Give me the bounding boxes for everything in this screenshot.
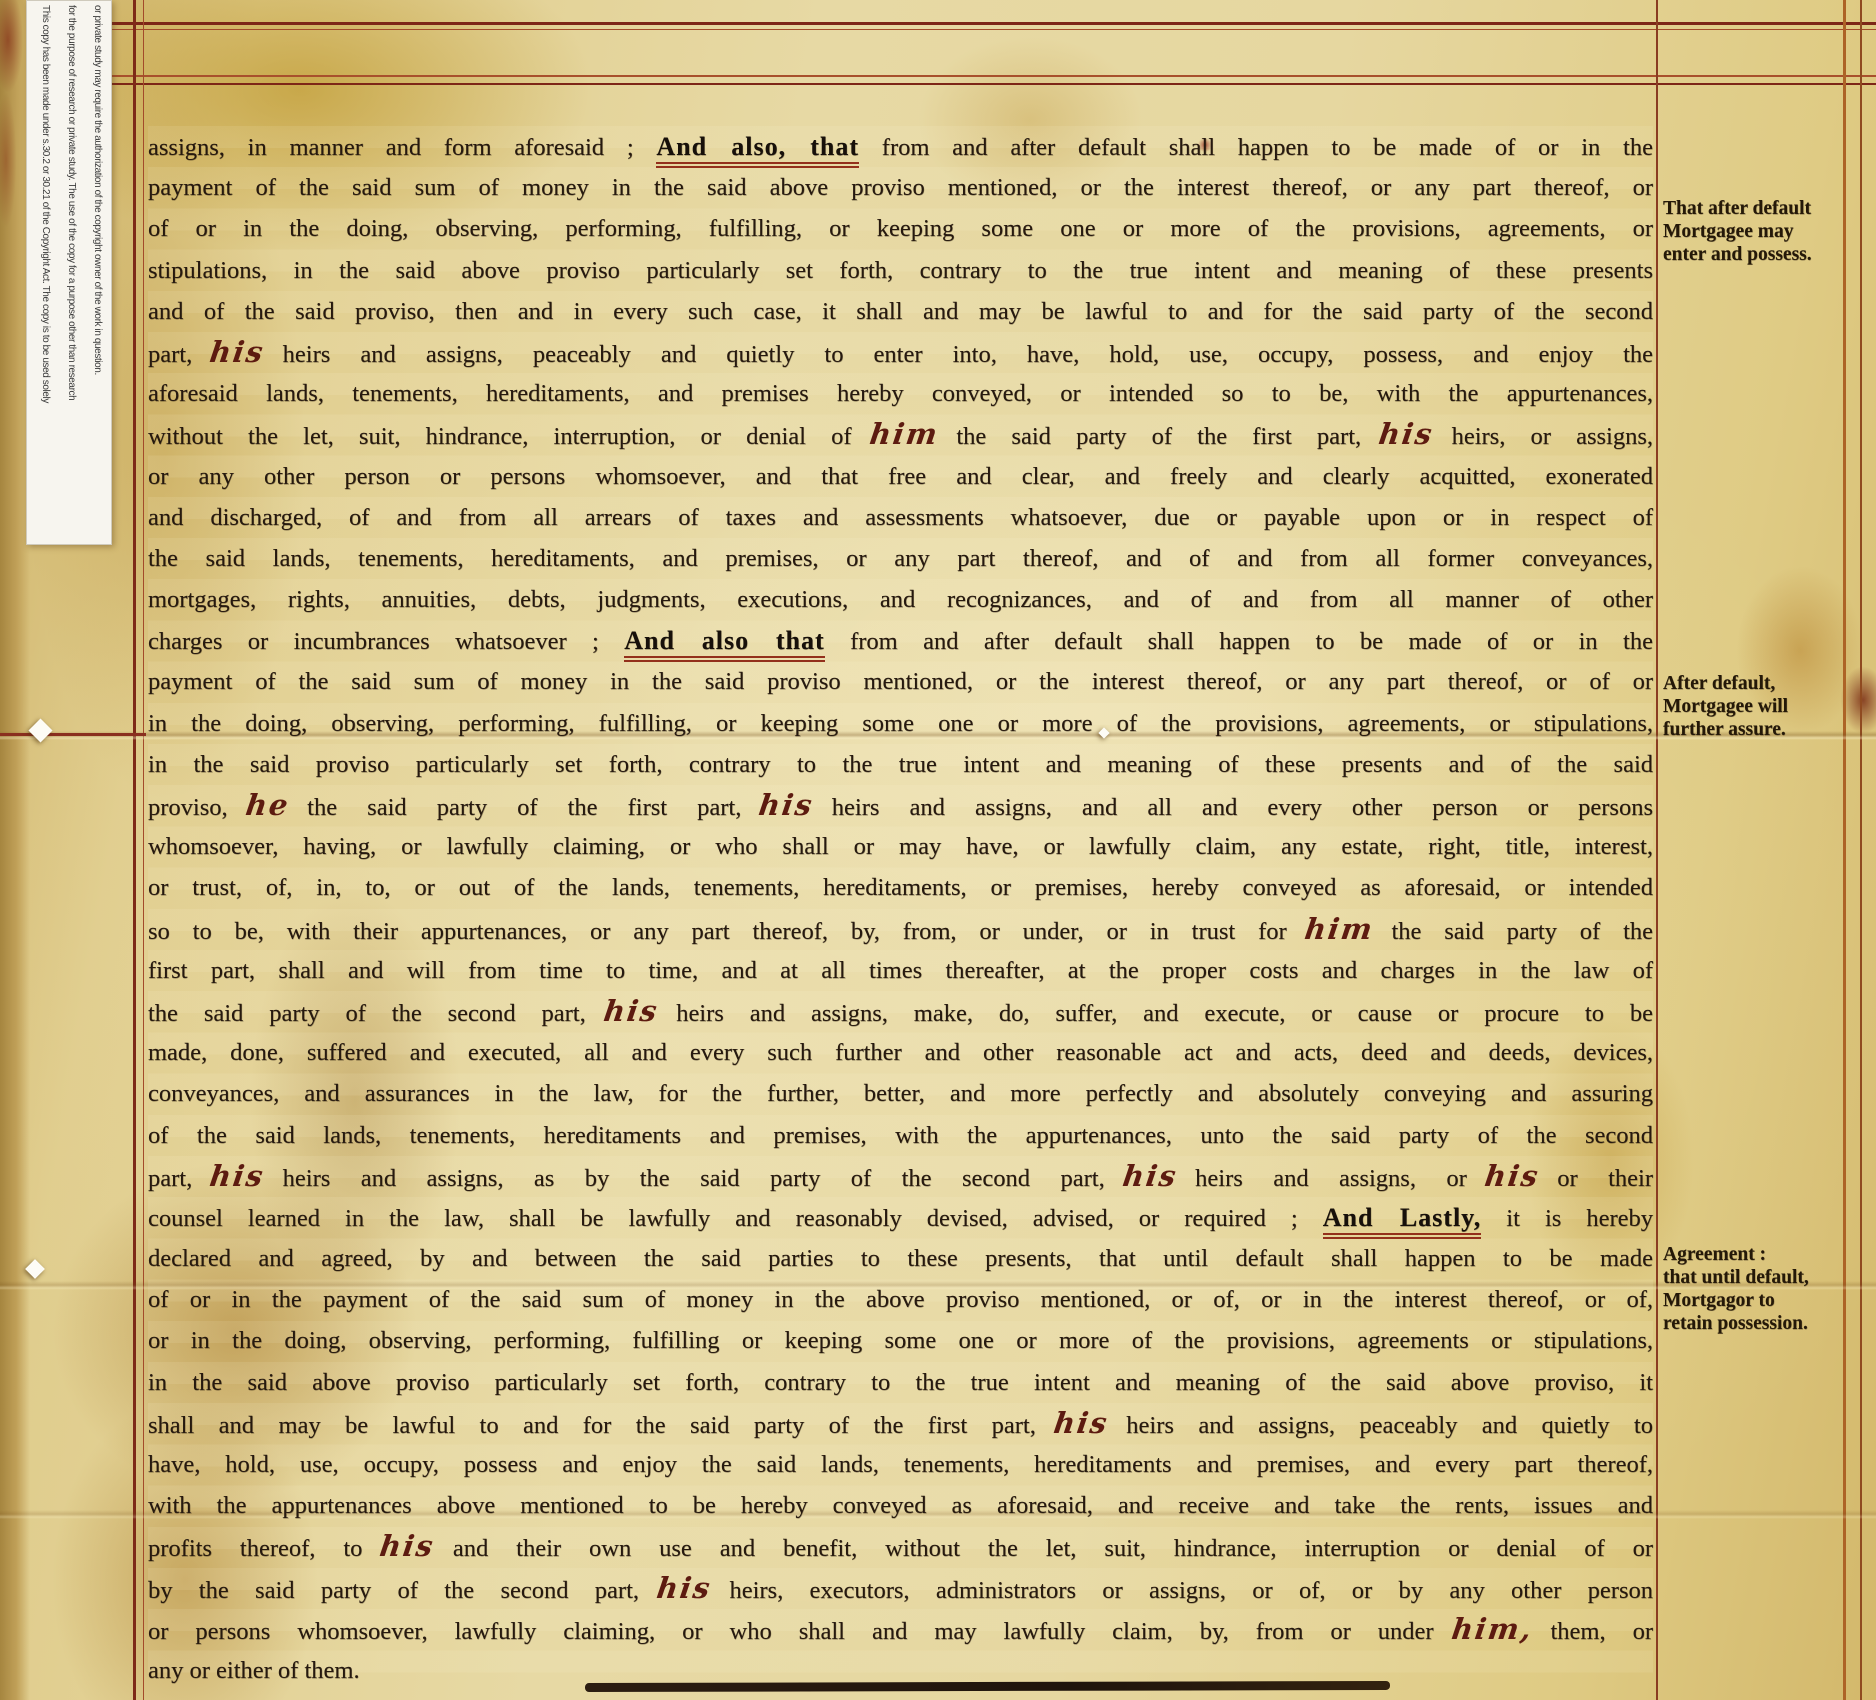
text-line: in the said proviso particularly set for… — [148, 744, 1653, 785]
handwritten-word: his — [207, 1156, 267, 1197]
text-line: of or in the payment of the said sum of … — [148, 1279, 1653, 1320]
printed-text: heirs, executors, administrators or assi… — [729, 1577, 1653, 1604]
text-line: of or in the doing, observing, performin… — [148, 208, 1653, 249]
margin-note: After default, Mortgagee will further as… — [1663, 672, 1848, 741]
printed-text: heirs and assigns, make, do, suffer, and… — [676, 1000, 1653, 1027]
printed-text: in the said proviso particularly set for… — [148, 751, 1653, 778]
top-ruled-line — [52, 29, 1876, 30]
text-line: have, hold, use, occupy, possess and enj… — [148, 1444, 1653, 1485]
handwritten-word: his — [756, 785, 816, 826]
printed-text: payment of the said sum of money in the … — [148, 174, 1653, 201]
copyright-strip: This copy has been made under s.30.2 or … — [26, 0, 112, 545]
printed-text: the said party of the — [1391, 918, 1653, 945]
document-body: assigns, in manner and form aforesaid ; … — [148, 126, 1653, 1691]
printed-text: or trust, of, in, to, or out of the land… — [148, 874, 1653, 901]
handwritten-word: him — [867, 414, 942, 455]
printed-text: and of the said proviso, then and in eve… — [148, 298, 1653, 325]
copyright-notice-text: This copy has been made under s.30.2 or … — [27, 1, 112, 545]
text-line: without the let, suit, hindrance, interr… — [148, 414, 1653, 455]
handwritten-word: his — [1120, 1156, 1180, 1197]
handwritten-word: he — [243, 785, 292, 826]
top-ruled-line — [52, 75, 1876, 77]
printed-text: made, done, suffered and executed, all a… — [148, 1039, 1653, 1066]
text-line: and of the said proviso, then and in eve… — [148, 291, 1653, 332]
text-line: with the appurtenances above mentioned t… — [148, 1485, 1653, 1526]
printed-text: mortgages, rights, annuities, debts, jud… — [148, 586, 1653, 613]
printed-text: charges or incumbrances whatsoever ; — [148, 628, 624, 655]
handwritten-word: him, — [1449, 1609, 1536, 1650]
printed-text: from and after default shall happen to b… — [859, 134, 1653, 161]
printed-text: part, — [148, 1165, 192, 1192]
printed-text: the said lands, tenements, hereditaments… — [148, 545, 1653, 572]
printed-text: of the said lands, tenements, hereditame… — [148, 1122, 1653, 1149]
text-line: proviso,hethe said party of the first pa… — [148, 785, 1653, 826]
printed-text: have, hold, use, occupy, possess and enj… — [148, 1451, 1653, 1478]
printed-text: payment of the said sum of money in the … — [148, 668, 1653, 695]
scanned-mortgage-document: This copy has been made under s.30.2 or … — [0, 0, 1876, 1700]
text-line: first part, shall and will from time to … — [148, 950, 1653, 991]
text-line: by the said party of the second part,his… — [148, 1568, 1653, 1609]
text-line: shall and may be lawful to and for the s… — [148, 1403, 1653, 1444]
printed-text: of or in the payment of the said sum of … — [148, 1286, 1653, 1313]
text-line: payment of the said sum of money in the … — [148, 167, 1653, 208]
printed-text: stipulations, in the said above proviso … — [148, 257, 1653, 284]
printed-text: or persons whomsoever, lawfully claiming… — [148, 1618, 1434, 1645]
printed-text: by the said party of the second part, — [148, 1577, 639, 1604]
text-line: in the doing, observing, performing, ful… — [148, 703, 1653, 744]
printed-text: or any other person or persons whomsoeve… — [148, 463, 1653, 490]
left-margin-rule — [143, 0, 144, 1700]
margin-divider-rule — [1656, 0, 1658, 1700]
printed-text: part, — [148, 341, 192, 368]
emphasis-phrase: And also that — [624, 626, 824, 662]
printed-text: of or in the doing, observing, performin… — [148, 215, 1653, 242]
printed-text: shall and may be lawful to and for the s… — [148, 1412, 1036, 1439]
printed-text: them, or — [1550, 1618, 1653, 1645]
printed-text: first part, shall and will from time to … — [148, 957, 1653, 984]
text-line: and discharged, of and from all arrears … — [148, 497, 1653, 538]
emphasis-phrase: And also, that — [656, 132, 859, 168]
text-line: made, done, suffered and executed, all a… — [148, 1032, 1653, 1073]
margin-note: Agreement : that until default, Mortgago… — [1663, 1243, 1848, 1335]
printed-text: from and after default shall happen to b… — [825, 628, 1653, 655]
printed-text: declared and agreed, by and between the … — [148, 1245, 1653, 1272]
text-line: stipulations, in the said above proviso … — [148, 250, 1653, 291]
printed-text: assigns, in manner and form aforesaid ; — [148, 134, 656, 161]
printed-text: and discharged, of and from all arrears … — [148, 504, 1653, 531]
printed-text: heirs and assigns, and all and every oth… — [832, 794, 1653, 821]
printed-text: aforesaid lands, tenements, hereditament… — [148, 380, 1653, 407]
text-line: part,hisheirs and assigns, peaceably and… — [148, 332, 1653, 373]
text-line: conveyances, and assurances in the law, … — [148, 1073, 1653, 1114]
text-line: or persons whomsoever, lawfully claiming… — [148, 1609, 1653, 1650]
text-line: the said lands, tenements, hereditaments… — [148, 538, 1653, 579]
margin-note: That after default Mortgagee may enter a… — [1663, 197, 1848, 266]
handwritten-word: his — [1051, 1403, 1111, 1444]
text-line: declared and agreed, by and between the … — [148, 1238, 1653, 1279]
printed-text: profits thereof, to — [148, 1535, 362, 1562]
printed-text: with the appurtenances above mentioned t… — [148, 1492, 1653, 1519]
text-line: or trust, of, in, to, or out of the land… — [148, 867, 1653, 908]
printed-text: proviso, — [148, 794, 228, 821]
printed-text: so to be, with their appurtenances, or a… — [148, 918, 1287, 945]
printed-text: it is hereby — [1481, 1205, 1653, 1232]
printed-text: in the said above proviso particularly s… — [148, 1369, 1653, 1396]
top-ruled-line — [52, 22, 1876, 25]
text-line: charges or incumbrances whatsoever ; And… — [148, 620, 1653, 661]
right-edge-rule — [1860, 0, 1862, 1700]
text-line: the said party of the second part,hishei… — [148, 991, 1653, 1032]
handwritten-word: his — [1482, 1156, 1542, 1197]
text-line: part,hisheirs and assigns, as by the sai… — [148, 1156, 1653, 1197]
handwritten-word: his — [654, 1568, 714, 1609]
text-line: assigns, in manner and form aforesaid ; … — [148, 126, 1653, 167]
printed-text: the said party of the second part, — [148, 1000, 586, 1027]
text-line: or in the doing, observing, performing, … — [148, 1320, 1653, 1361]
handwritten-word: him — [1302, 909, 1377, 950]
printed-text: any or either of them. — [148, 1657, 360, 1684]
printed-text: the said party of the first part, — [307, 794, 741, 821]
text-line: counsel learned in the law, shall be law… — [148, 1197, 1653, 1238]
text-line: profits thereof, tohisand their own use … — [148, 1526, 1653, 1567]
text-line: so to be, with their appurtenances, or a… — [148, 909, 1653, 950]
printed-text: or their — [1557, 1165, 1653, 1192]
text-line: payment of the said sum of money in the … — [148, 661, 1653, 702]
text-line: of the said lands, tenements, hereditame… — [148, 1115, 1653, 1156]
handwritten-word: his — [601, 991, 661, 1032]
text-line: whomsoever, having, or lawfully claiming… — [148, 826, 1653, 867]
fold-crease-red-line — [0, 733, 146, 736]
handwritten-word: his — [378, 1526, 438, 1567]
printed-text: and their own use and benefit, without t… — [453, 1535, 1653, 1562]
top-ruled-line — [52, 83, 1876, 85]
emphasis-phrase: And Lastly, — [1323, 1203, 1482, 1239]
left-margin-rule — [133, 0, 136, 1700]
printed-text: or in the doing, observing, performing, … — [148, 1327, 1653, 1354]
printed-text: whomsoever, having, or lawfully claiming… — [148, 833, 1653, 860]
text-line: or any other person or persons whomsoeve… — [148, 456, 1653, 497]
printed-text: counsel learned in the law, shall be law… — [148, 1205, 1323, 1232]
text-line: mortgages, rights, annuities, debts, jud… — [148, 579, 1653, 620]
handwritten-word: his — [1376, 414, 1436, 455]
printed-text: heirs and assigns, peaceably and quietly… — [1126, 1412, 1653, 1439]
printed-text: heirs, or assigns, — [1452, 423, 1653, 450]
printed-text: heirs and assigns, peaceably and quietly… — [283, 341, 1653, 368]
printed-text: the said party of the first part, — [956, 423, 1361, 450]
printed-text: in the doing, observing, performing, ful… — [148, 710, 1653, 737]
printed-text: without the let, suit, hindrance, interr… — [148, 423, 852, 450]
printed-text: conveyances, and assurances in the law, … — [148, 1080, 1653, 1107]
printed-text: heirs and assigns, or — [1195, 1165, 1467, 1192]
handwritten-word: his — [207, 332, 267, 373]
text-line: aforesaid lands, tenements, hereditament… — [148, 373, 1653, 414]
printed-text: heirs and assigns, as by the said party … — [283, 1165, 1105, 1192]
text-line: in the said above proviso particularly s… — [148, 1362, 1653, 1403]
